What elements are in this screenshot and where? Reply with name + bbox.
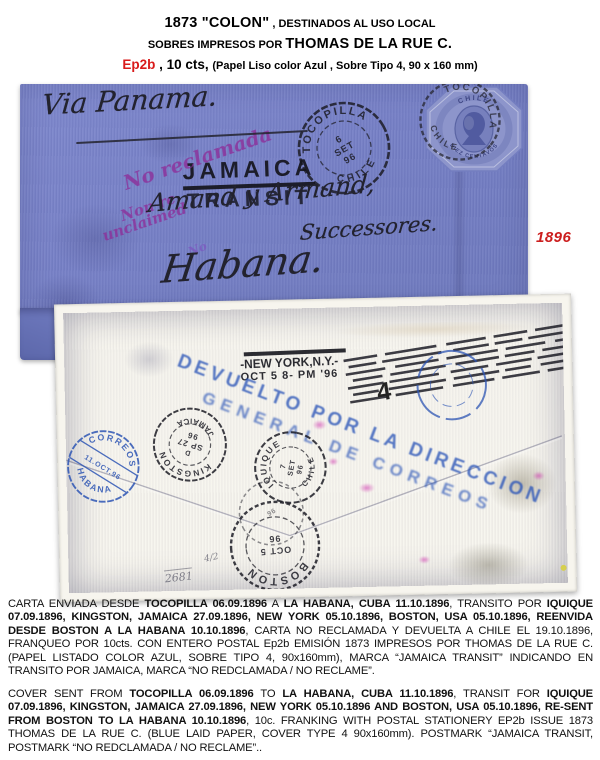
- title-printer: THOMAS DE LA RUE C.: [285, 36, 452, 52]
- postmark-town: TOCOPILLA: [288, 91, 373, 159]
- postmark-year: 96: [294, 464, 305, 475]
- exhibit-page: 1873 "COLON" , DESTINADOS AL USO LOCAL S…: [0, 0, 600, 760]
- pencil-mark-number: 2681: [164, 567, 193, 585]
- postmark-date: OCT 5: [259, 544, 291, 557]
- envelope-back-photo: -NEW YORK,N.Y.- OCT 5 8- PM '96 4: [54, 294, 577, 603]
- postmark-year: 96: [268, 533, 281, 544]
- postmark-year: 96: [186, 430, 199, 442]
- postmark-country: CHILE: [424, 121, 464, 158]
- title-usage: , DESTINADOS AL USO LOCAL: [269, 18, 435, 30]
- handwritten-city: Habana.: [159, 236, 327, 292]
- catalog-code: Ep2b: [122, 57, 155, 72]
- caption-english: COVER SENT FROM TOCOPILLA 06.09.1896 TO …: [8, 688, 593, 755]
- title-printed-by: SOBRES IMPRESOS POR: [148, 39, 286, 51]
- title-line-2: SOBRES IMPRESOS POR THOMAS DE LA RUE C.: [0, 34, 600, 55]
- envelope-back: -NEW YORK,N.Y.- OCT 5 8- PM '96 4: [63, 303, 568, 593]
- caption-spanish: CARTA ENVIADA DESDE TOCOPILLA 06.09.1896…: [8, 598, 593, 679]
- new-york-machine-cancel: -NEW YORK,N.Y.- OCT 5 8- PM '96: [240, 348, 347, 383]
- envelope-front-photo: CHILE DIEZ CENTAVOS TOCOPILLA CHILE TO: [20, 84, 528, 314]
- year-label: 1896: [536, 229, 571, 246]
- title-line-1: 1873 "COLON" , DESTINADOS AL USO LOCAL: [0, 13, 600, 34]
- svg-text:TOCOPILLA: TOCOPILLA: [288, 91, 373, 159]
- title-year-series: 1873 "COLON": [164, 15, 269, 31]
- page-title: 1873 "COLON" , DESTINADOS AL USO LOCAL S…: [0, 13, 600, 76]
- boston-postmark: BOSTON OCT 5 96: [221, 492, 330, 594]
- title-line-3: Ep2b , 10 cts, (Papel Liso color Azul , …: [0, 55, 600, 76]
- handwritten-route: Via Panama.: [41, 84, 219, 122]
- title-paper-spec: (Papel Liso color Azul , Sobre Tipo 4, 9…: [212, 60, 477, 72]
- yellow-speck: [561, 565, 567, 571]
- svg-text:CHILE: CHILE: [424, 121, 464, 158]
- title-value: , 10 cts,: [155, 57, 212, 72]
- caption-block: CARTA ENVIADA DESDE TOCOPILLA 06.09.1896…: [8, 598, 593, 760]
